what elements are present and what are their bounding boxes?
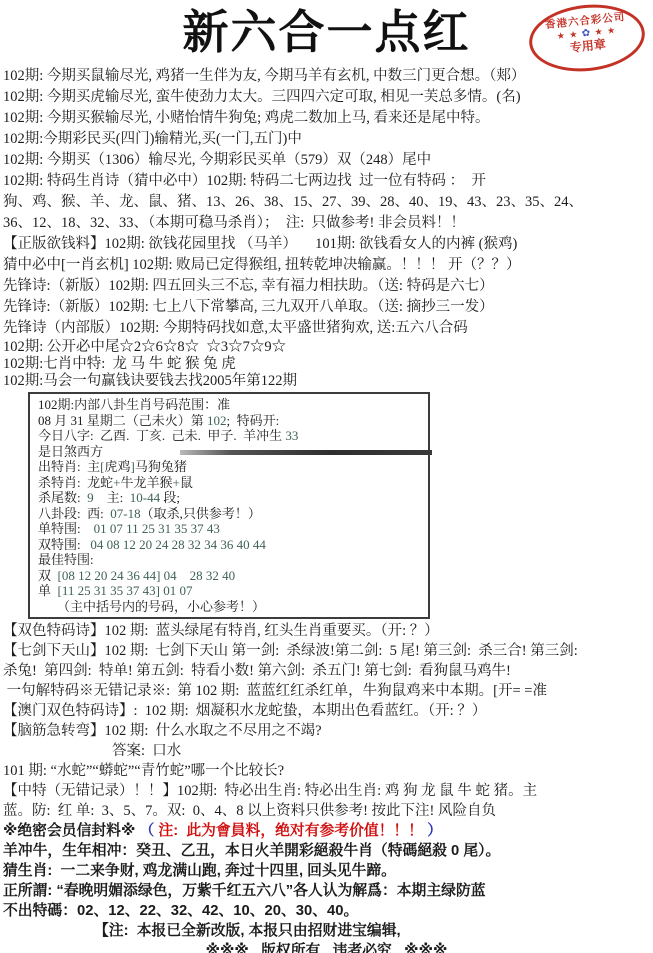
text-line: （主中括号内的号码，小心参考！） — [35, 599, 428, 615]
text-line: 102期: 今期买虎输尽光, 蛮牛使劲力太大。三四四六定可取, 相见一芙总多情。… — [0, 87, 653, 108]
text-line: 102期: 特码生肖诗（猜中必中）102期: 特码二七两边找 过一位有特码 ： … — [0, 171, 653, 192]
top-section: 102期: 今期买鼠输尽光, 鸡猪一生伴为友, 今期马羊有玄机, 中数三门更合想… — [0, 66, 653, 390]
text-line: 杀兔! 第四剑: 特单! 第五剑: 特看小数! 第六剑: 杀五门! 第七剑: 看… — [0, 661, 653, 681]
text-line: 102期:今期彩民买(四门)输精光,买(一门,五门)中 — [0, 129, 653, 150]
text-line: 蓝。防: 红 单: 3、5、7。双: 0、4、8 以上资料只供参考! 按此下注!… — [0, 801, 653, 821]
text-line: 答案: 口水 — [0, 741, 653, 761]
tip-sheet-page: 新六合一点红 香港六合彩公司 ★ ★ ✿ ★ ★ 专用章 102期: 今期买鼠输… — [0, 0, 653, 953]
text-line: 【双色特码诗】102 期: 蓝头绿尾有特肖, 红头生肖重要买。（开: ？） — [0, 621, 653, 641]
text-line: 【澳门双色特码诗】: 102 期: 烟凝积水龙蛇蛰，本期出色看蓝红。（开: ？） — [0, 701, 653, 721]
text-line: ※绝密会员信封料※ （ 注: 此为會員料，绝对有参考价值！！！ ） — [0, 821, 653, 841]
text-line: 【中特（无错记录）！！】102期: 特必出生肖: 特必出生肖: 鸡 狗 龙 鼠 … — [0, 781, 653, 801]
text-line: 102期: 今期买鼠输尽光, 鸡猪一生伴为友, 今期马羊有玄机, 中数三门更合想… — [0, 66, 653, 87]
text-line: 八卦段: 西: 07-18（取杀,只供参考！） — [35, 506, 428, 522]
text-line: 102期: 今期买猴输尽光, 小赌怡情牛狗兔; 鸡虎二数加上马, 看来还是尾中特… — [0, 108, 653, 129]
text-line: 单特围: 01 07 11 25 31 35 37 43 — [35, 521, 428, 537]
text-line: 一句解特码※无错记录※: 第 102 期: 蓝蓝红红杀红单，牛狗鼠鸡来中本期。[… — [0, 681, 653, 701]
text-line: 猜中必中[一肖玄机] 102期: 败局已定得猴组, 扭转乾坤决输赢。！！！ 开（… — [0, 255, 653, 276]
bagua-box-lines: 102期:内部八卦生肖号码范围：准08 月 31 星期二（己未火）第 102; … — [35, 397, 428, 614]
text-line: 单 [11 25 31 35 37 43] 01 07 — [35, 583, 428, 599]
text-line: 双 [08 12 20 24 36 44] 04 28 32 40 — [35, 568, 428, 584]
redaction-bar — [180, 450, 432, 455]
text-line: 正所謂: “春晚明媚添绿色，万紫千红五六八”各人认为解爲：本期主绿防蓝 — [0, 881, 653, 901]
text-line: 杀特肖: 龙蛇+牛龙羊猴+鼠 — [35, 475, 428, 491]
text-line: 102期:内部八卦生肖号码范围：准 — [35, 397, 428, 413]
text-line: 102期:七肖中特: 龙 马 牛 蛇 猴 兔 虎 — [0, 356, 653, 373]
text-line: 101 期: “水蛇”“蟒蛇”“青竹蛇”哪一个比较长? — [0, 761, 653, 781]
text-line: 102期:马会一句赢钱诀要钱去找2005年第122期 — [0, 373, 653, 390]
text-line: 双特围: 04 08 12 20 24 28 32 34 36 40 44 — [35, 537, 428, 553]
text-line: 【七剑下天山】102 期: 七剑下天山 第一剑: 杀绿波!第二剑: 5 尾! 第… — [0, 641, 653, 661]
text-line: 102期: 今期买（1306）输尽光, 今期彩民买单（579）双（248）尾中 — [0, 150, 653, 171]
text-line: 狗、鸡、猴、羊、龙、鼠、猪、13、26、38、15、27、39、28、40、19… — [0, 192, 653, 213]
bottom-section: 【双色特码诗】102 期: 蓝头绿尾有特肖, 红头生肖重要买。（开: ？）【七剑… — [0, 621, 653, 953]
text-line: 先锋诗:（新版）102期: 七上八下常攀高, 三九双开八单取。（送: 摘抄三一发… — [0, 297, 653, 318]
text-line: 36、12、18、32、33、（本期可稳马杀肖）； 注: 只做参考! 非会员料！… — [0, 213, 653, 234]
text-line: 【脑筋急转弯】102 期: 什么水取之不尽用之不竭? — [0, 721, 653, 741]
text-line: 今日八字: 乙酉. 丁亥. 己未. 甲子. 羊冲生 33 — [35, 428, 428, 444]
text-line: 羊冲牛，生年相冲：癸丑、乙丑，本日火羊開彩絕殺牛肖（特碼絕殺 0 尾）。 — [0, 841, 653, 861]
bagua-info-box: 102期:内部八卦生肖号码范围：准08 月 31 星期二（己未火）第 102; … — [28, 392, 430, 619]
text-line: 【注: 本报已全新改版, 本报只由招财进宝编辑, — [0, 921, 653, 941]
text-line: 杀尾数: 9 主: 10-44 段; — [35, 490, 428, 506]
text-line: 08 月 31 星期二（己未火）第 102; 特码开: — [35, 413, 428, 429]
text-line: 最佳特围: — [35, 552, 428, 568]
text-line: 102期: 公开必中尾☆2☆6☆8☆ ☆3☆7☆9☆ — [0, 339, 653, 356]
text-line: 【正版欲钱料】102期: 欲钱花园里找 （马羊） 101期: 欲钱看女人的内裤 … — [0, 234, 653, 255]
text-line: ※※※ 版权所有 违者必究 ※※※ — [0, 941, 653, 953]
text-line: 猜生肖: 一二来争财, 鸡龙满山跑, 奔过十四里, 回头见牛蹄。 — [0, 861, 653, 881]
text-line: 出特肖: 主[虎鸡]马狗兔猪 — [35, 459, 428, 475]
text-line: 不出特碼：02、12、22、32、42、10、20、30、40。 — [0, 901, 653, 921]
header: 新六合一点红 香港六合彩公司 ★ ★ ✿ ★ ★ 专用章 — [0, 0, 653, 64]
text-line: 先锋诗（内部版）102期: 今期特码找如意,太平盛世猪狗欢, 送:五六八合码 — [0, 318, 653, 339]
text-line: 先锋诗:（新版）102期: 四五回头三不忘, 幸有福力相扶助。（送: 特码是六七… — [0, 276, 653, 297]
